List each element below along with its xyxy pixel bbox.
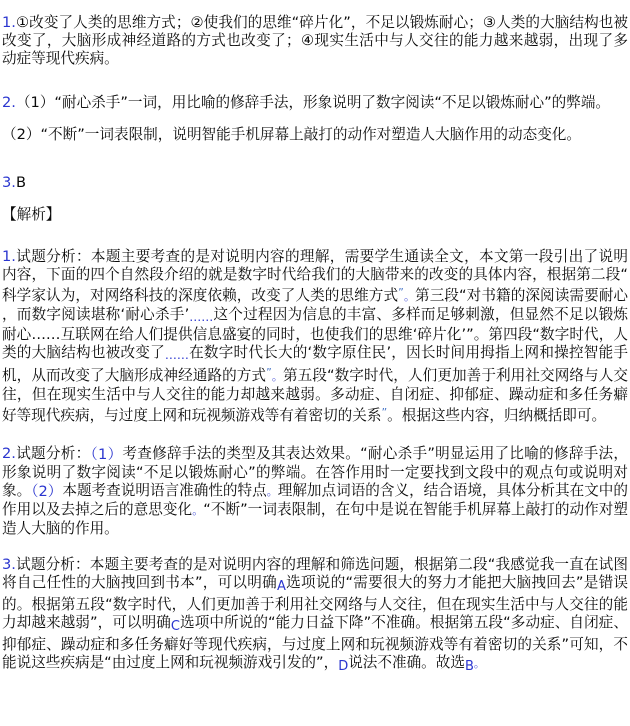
text-run: 本题考查说明语言准确性的特点	[62, 482, 266, 499]
text-run: （2）“不断”一词表限制，说明智能手机屏幕上敲打的动作对塑造人大脑作用的动态变化…	[2, 126, 581, 143]
text-run: 。	[404, 290, 415, 303]
answer-3: 3.B	[2, 174, 628, 192]
text-run: 试题分析：	[16, 445, 91, 462]
text-run: 1.	[2, 14, 16, 31]
text-run: 。	[267, 485, 278, 498]
text-run: 2.	[2, 445, 16, 462]
text-run: A	[277, 579, 286, 594]
text-run: 说法不准确。故选	[348, 654, 465, 671]
text-run: 3.	[2, 556, 16, 573]
text-run: ……	[189, 310, 213, 324]
text-run: 。	[192, 504, 203, 517]
text-run: 【解析】	[2, 206, 60, 223]
document-page: 1.①改变了人类的思维方式；②使我们的思维“碎片化”，不足以锻炼耐心；③人类的大…	[0, 0, 630, 676]
answer-2-part1: 2.（1）“耐心杀手”一词，用比喻的修辞手法，形象说明了数字阅读“不足以锻炼耐心…	[2, 94, 628, 112]
analysis-q1: 1.试题分析：本题主要考查的是对说明内容的理解，需要学生通读全文，本文第一段引出…	[2, 248, 628, 425]
analysis-header: 【解析】	[2, 206, 628, 224]
text-run: 。根据这些内容，归纳概括即可。	[387, 407, 606, 424]
analysis-q3: 3.试题分析：本题主要考查的是对说明内容的理解和筛选问题，根据第二段“我感觉我一…	[2, 556, 628, 676]
answer-1: 1.①改变了人类的思维方式；②使我们的思维“碎片化”，不足以锻炼耐心；③人类的大…	[2, 14, 628, 68]
text-run: 3.	[2, 174, 16, 191]
text-run: ……	[165, 348, 189, 362]
text-run: （1）“耐心杀手”一词，用比喻的修辞手法，形象说明了数字阅读“不足以锻炼耐心”的…	[16, 94, 610, 111]
text-run: （2）	[31, 483, 62, 500]
text-run: B	[465, 659, 474, 674]
text-run: 1.	[2, 248, 16, 265]
text-run: B	[16, 174, 26, 191]
text-run: （1）	[90, 446, 122, 463]
text-run: D	[338, 659, 348, 674]
analysis-q2: 2.试题分析：（1）考查修辞手法的类型及其表达效果。“耐心杀手”明显运用了比喻的…	[2, 445, 628, 538]
text-run: 。	[272, 370, 283, 383]
answer-2-part2: （2）“不断”一词表限制，说明智能手机屏幕上敲打的动作对塑造人大脑作用的动态变化…	[2, 126, 628, 144]
text-run: ①改变了人类的思维方式；②使我们的思维“碎片化”，不足以锻炼耐心；③人类的大脑结…	[2, 14, 628, 67]
text-run: 。	[474, 657, 485, 670]
text-run: 2.	[2, 94, 16, 111]
text-run: C	[171, 619, 180, 634]
